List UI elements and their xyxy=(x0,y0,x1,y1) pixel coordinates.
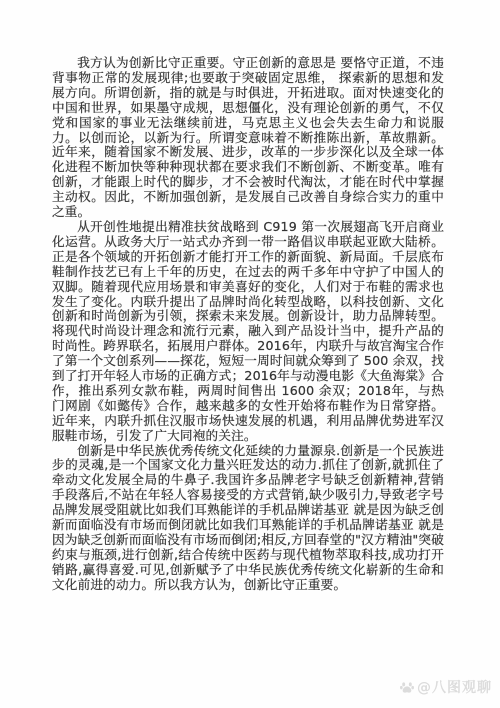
paw-icon xyxy=(399,679,415,695)
document-body: 我方认为创新比守正重要。守正创新的意思是 要恪守正道，不违背事物正常的发展现律;… xyxy=(52,56,444,593)
watermark: @八图观聊 xyxy=(399,677,492,697)
paragraph-2: 从开创性地提出精准扶贫战略到 C919 第一次展翅高飞开启商业化运营。从政务大厅… xyxy=(52,220,444,444)
watermark-text: @八图观聊 xyxy=(417,677,492,697)
document-page: 我方认为创新比守正重要。守正创新的意思是 要恪守正道，不违背事物正常的发展现律;… xyxy=(0,0,500,708)
paragraph-3: 创新是中华民族优秀传统文化延续的力量源泉.创新是一个民族进步的灵魂,是一个国家文… xyxy=(52,444,444,593)
paragraph-1: 我方认为创新比守正重要。守正创新的意思是 要恪守正道，不违背事物正常的发展现律;… xyxy=(52,56,444,220)
